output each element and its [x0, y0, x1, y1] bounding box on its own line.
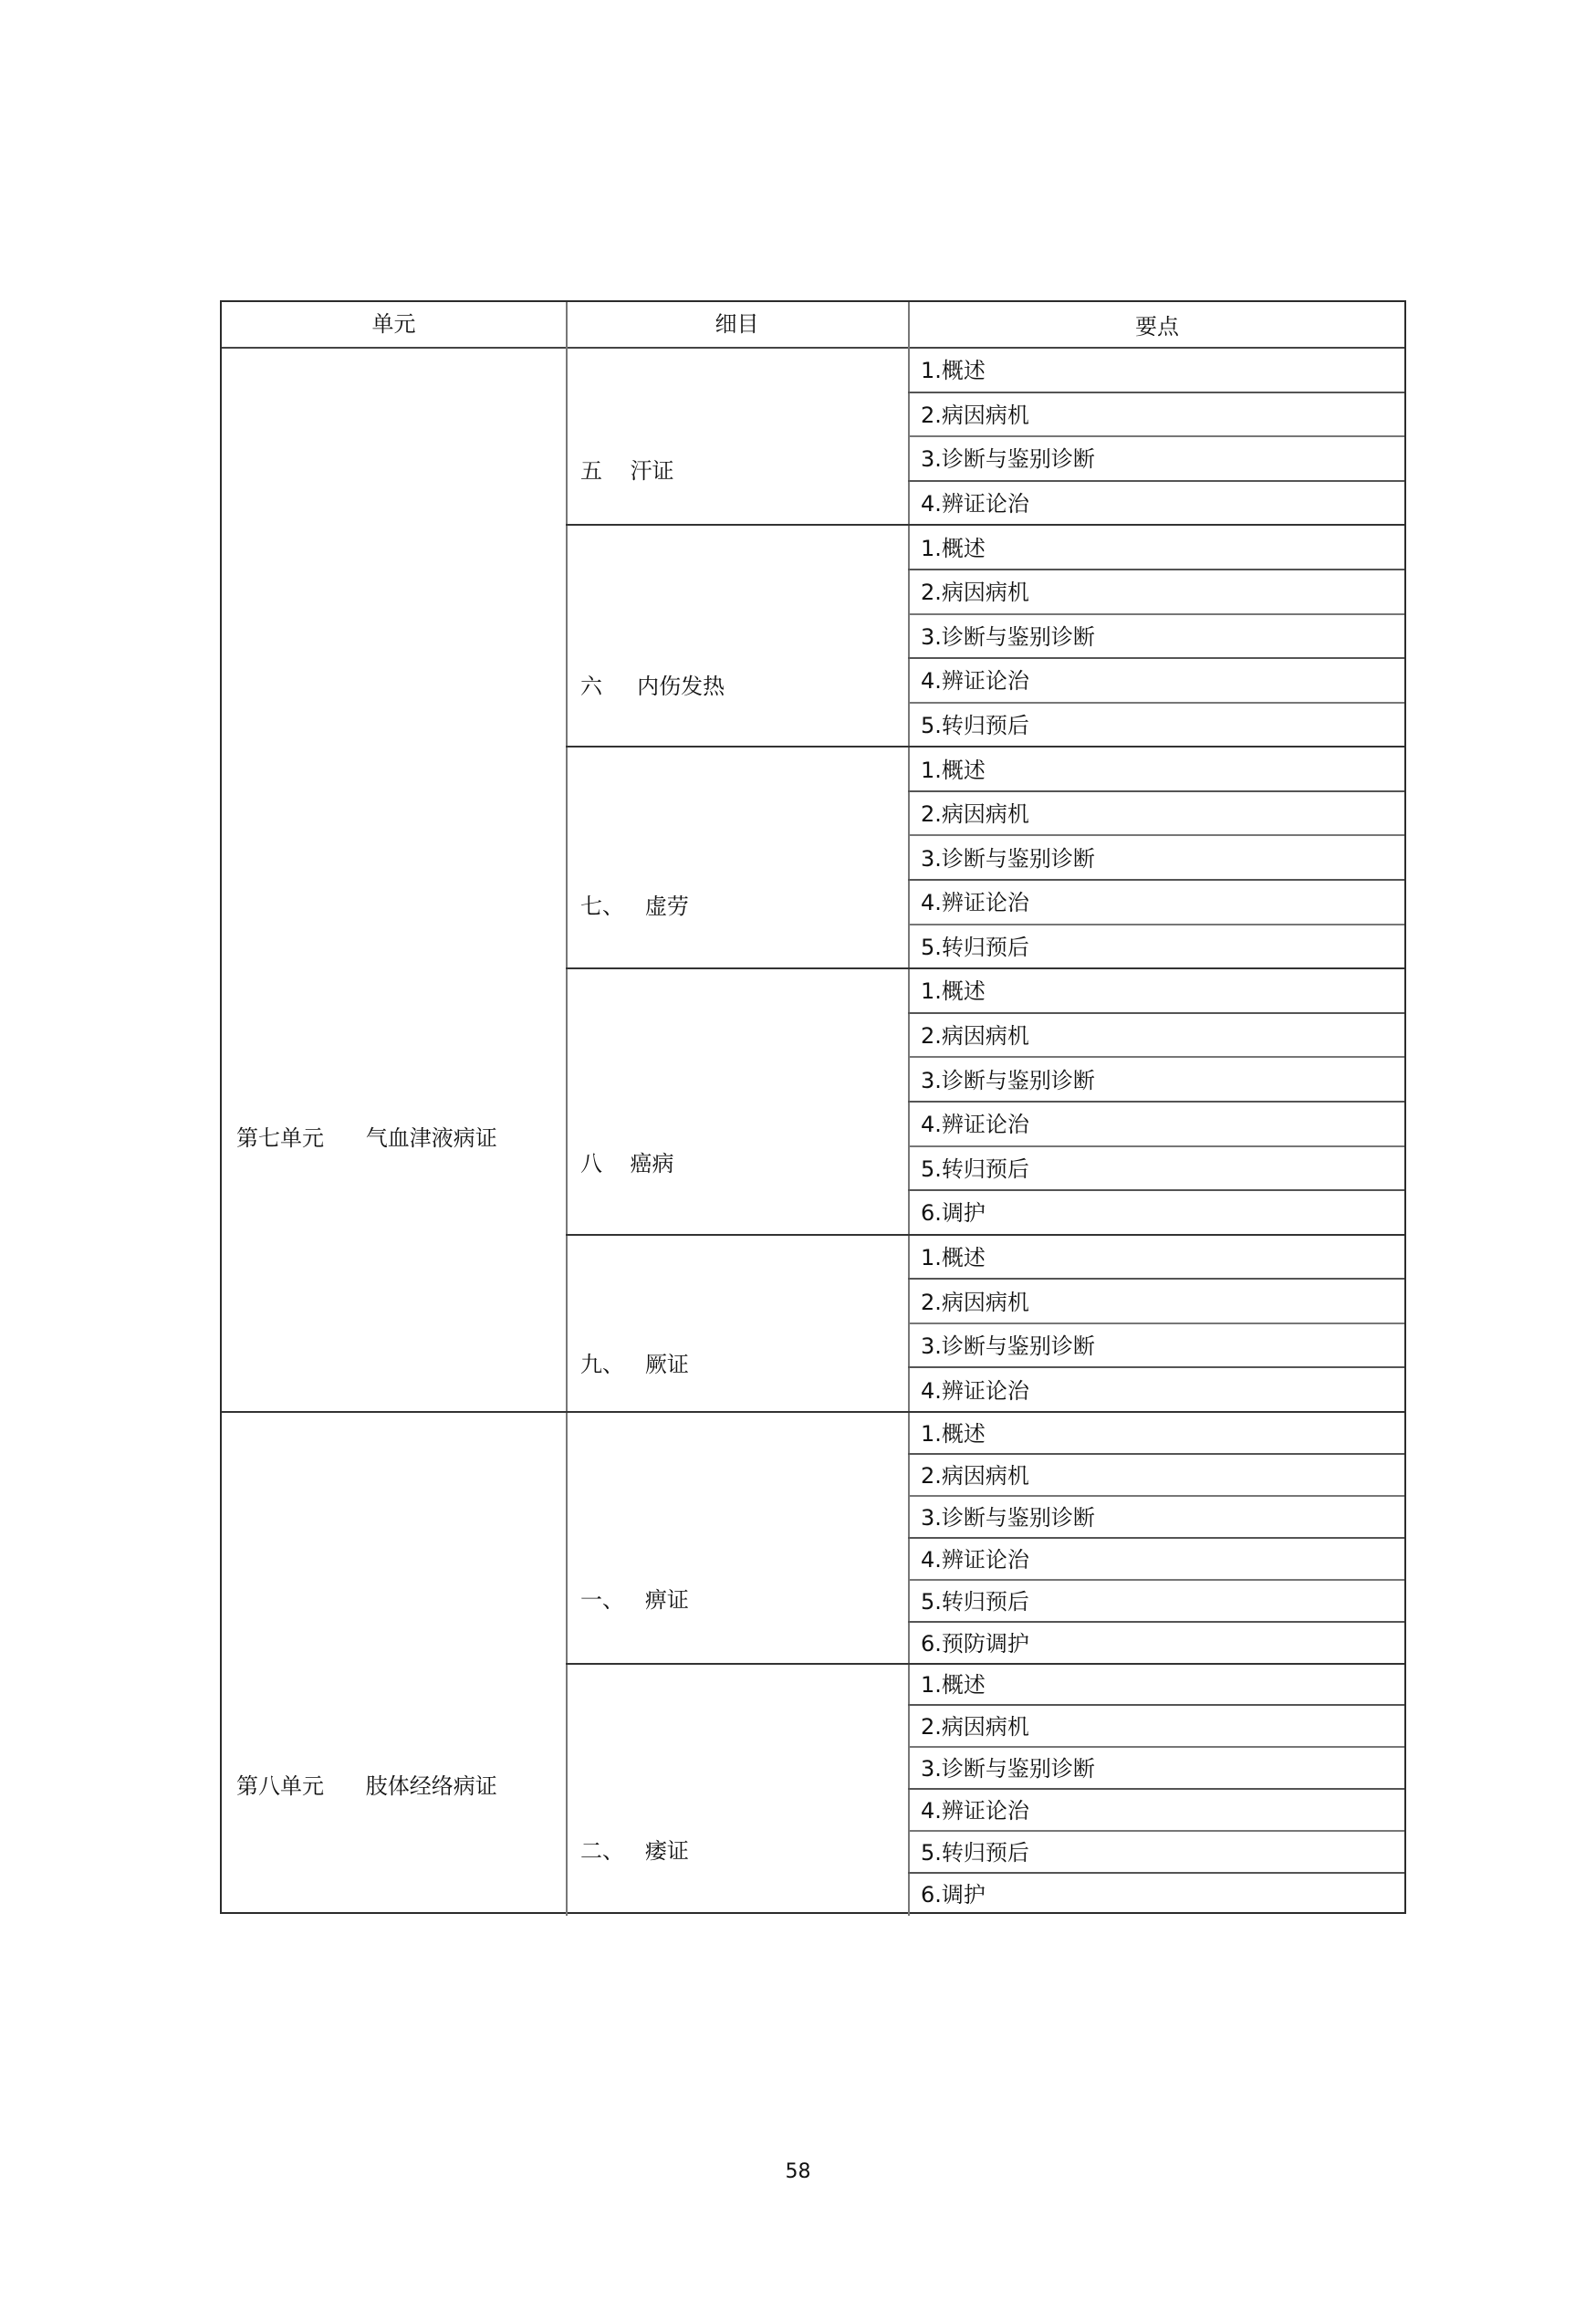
keypoint-item: 4.辨证论治	[921, 667, 1029, 695]
row-divider	[908, 1830, 1404, 1832]
keypoint-item: 4.辨证论治	[921, 1377, 1029, 1405]
row-divider	[566, 967, 1404, 969]
header-unit: 单元	[222, 310, 566, 338]
row-divider	[908, 1621, 1404, 1623]
row-divider	[908, 1537, 1404, 1539]
keypoint-item: 1.概述	[921, 1244, 986, 1271]
row-divider	[908, 702, 1404, 704]
row-divider	[908, 1704, 1404, 1706]
keypoint-item: 5.转归预后	[921, 934, 1029, 961]
unit-label: 第八单元 肢体经络病证	[236, 1772, 497, 1800]
row-divider	[908, 1056, 1404, 1058]
keypoint-item: 1.概述	[921, 357, 986, 384]
row-divider	[908, 480, 1404, 482]
keypoint-item: 2.病因病机	[921, 402, 1029, 429]
row-divider	[908, 1145, 1404, 1147]
page-number: 58	[0, 2159, 1596, 2185]
row-divider	[908, 1012, 1404, 1014]
subitem-label: 五 汗证	[580, 457, 674, 485]
unit-label: 第七单元 气血津液病证	[236, 1124, 497, 1152]
column-divider	[566, 302, 568, 1916]
column-divider	[908, 302, 910, 1916]
row-divider	[222, 347, 1404, 349]
keypoint-item: 3.诊断与鉴别诊断	[921, 623, 1095, 651]
keypoint-item: 1.概述	[921, 535, 986, 562]
keypoint-item: 2.病因病机	[921, 800, 1029, 828]
keypoint-item: 5.转归预后	[921, 1839, 1029, 1866]
keypoint-item: 6.调护	[921, 1881, 986, 1908]
row-divider	[908, 1189, 1404, 1191]
row-divider	[566, 1663, 1404, 1665]
row-divider	[908, 1322, 1404, 1324]
row-divider	[908, 1788, 1404, 1790]
keypoint-item: 3.诊断与鉴别诊断	[921, 1504, 1095, 1532]
row-divider	[908, 569, 1404, 570]
keypoint-item: 6.调护	[921, 1199, 986, 1227]
row-divider	[566, 1234, 1404, 1236]
row-divider	[908, 435, 1404, 437]
keypoint-item: 3.诊断与鉴别诊断	[921, 845, 1095, 873]
row-divider	[908, 613, 1404, 615]
row-divider	[566, 524, 1404, 526]
keypoint-item: 1.概述	[921, 977, 986, 1005]
keypoint-item: 1.概述	[921, 1420, 986, 1448]
subitem-label: 八 癌病	[580, 1150, 674, 1177]
subitem-label: 二、 痿证	[580, 1837, 689, 1865]
document-page: 单元 细目 要点 第七单元 气血津液病证五 汗证1.概述2.病因病机3.诊断与鉴…	[0, 0, 1596, 2300]
subitem-label: 六 内伤发热	[580, 673, 725, 700]
keypoint-item: 6.预防调护	[921, 1630, 1029, 1657]
keypoint-item: 2.病因病机	[921, 1289, 1029, 1316]
subitem-label: 九、 厥证	[580, 1351, 689, 1378]
keypoint-item: 3.诊断与鉴别诊断	[921, 445, 1095, 473]
keypoint-item: 2.病因病机	[921, 1462, 1029, 1490]
keypoint-item: 4.辨证论治	[921, 1546, 1029, 1573]
keypoint-item: 4.辨证论治	[921, 1797, 1029, 1824]
keypoint-item: 3.诊断与鉴别诊断	[921, 1755, 1095, 1782]
subitem-label: 一、 痹证	[580, 1586, 689, 1614]
row-divider	[222, 1411, 1404, 1413]
row-divider	[908, 1872, 1404, 1874]
keypoint-item: 1.概述	[921, 1671, 986, 1699]
header-subitem: 细目	[566, 310, 908, 338]
row-divider	[908, 1278, 1404, 1280]
keypoint-item: 2.病因病机	[921, 579, 1029, 606]
syllabus-table: 单元 细目 要点 第七单元 气血津液病证五 汗证1.概述2.病因病机3.诊断与鉴…	[220, 300, 1406, 1914]
row-divider	[908, 1453, 1404, 1455]
subitem-label: 七、 虚劳	[580, 893, 689, 920]
row-divider	[908, 834, 1404, 836]
row-divider	[908, 1495, 1404, 1497]
row-divider	[908, 1579, 1404, 1581]
keypoint-item: 4.辨证论治	[921, 490, 1029, 517]
keypoint-item: 4.辨证论治	[921, 889, 1029, 916]
row-divider	[908, 790, 1404, 792]
keypoint-item: 3.诊断与鉴别诊断	[921, 1333, 1095, 1360]
row-divider	[908, 657, 1404, 659]
keypoint-item: 1.概述	[921, 757, 986, 784]
row-divider	[566, 746, 1404, 747]
keypoint-item: 3.诊断与鉴别诊断	[921, 1067, 1095, 1094]
keypoint-item: 2.病因病机	[921, 1022, 1029, 1050]
keypoint-item: 5.转归预后	[921, 1155, 1029, 1183]
row-divider	[908, 1366, 1404, 1368]
row-divider	[908, 924, 1404, 925]
row-divider	[908, 1101, 1404, 1103]
row-divider	[908, 392, 1404, 393]
keypoint-item: 5.转归预后	[921, 712, 1029, 739]
row-divider	[908, 879, 1404, 881]
keypoint-item: 5.转归预后	[921, 1588, 1029, 1615]
row-divider	[908, 1746, 1404, 1748]
keypoint-item: 2.病因病机	[921, 1713, 1029, 1741]
header-keypoints: 要点	[908, 313, 1406, 340]
keypoint-item: 4.辨证论治	[921, 1111, 1029, 1138]
